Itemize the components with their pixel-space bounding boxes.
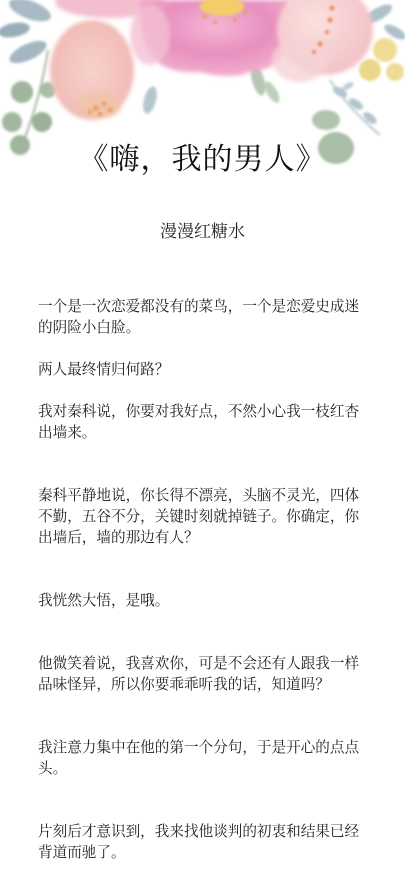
story-body: 一个是一次恋爱都没有的菜鸟，一个是恋爱史成迷的阴险小白脸。 两人最终情归何路？ …	[38, 296, 370, 863]
paragraph: 一个是一次恋爱都没有的菜鸟，一个是恋爱史成迷的阴险小白脸。	[38, 296, 370, 338]
paragraph: 秦科平静地说，你长得不漂亮，头脑不灵光，四体不勤，五谷不分，关键时刻就掉链子。你…	[38, 485, 370, 548]
author-name: 漫漫红糖水	[0, 219, 405, 245]
book-title: 《嗨，我的男人》	[0, 140, 405, 180]
paragraph: 他微笑着说，我喜欢你，可是不会还有人跟我一样品味怪异，所以你要乖乖听我的话，知道…	[38, 653, 370, 695]
paragraph: 我对秦科说，你要对我好点，不然小心我一枝红杏出墙来。	[38, 401, 370, 443]
paragraph: 我注意力集中在他的第一个分句，于是开心的点点头。	[38, 737, 370, 779]
paragraph: 我恍然大悟，是哦。	[38, 590, 370, 611]
paragraph: 片刻后才意识到，我来找他谈判的初衷和结果已经背道而驰了。	[38, 821, 370, 863]
paragraph: 两人最终情归何路？	[38, 359, 370, 380]
